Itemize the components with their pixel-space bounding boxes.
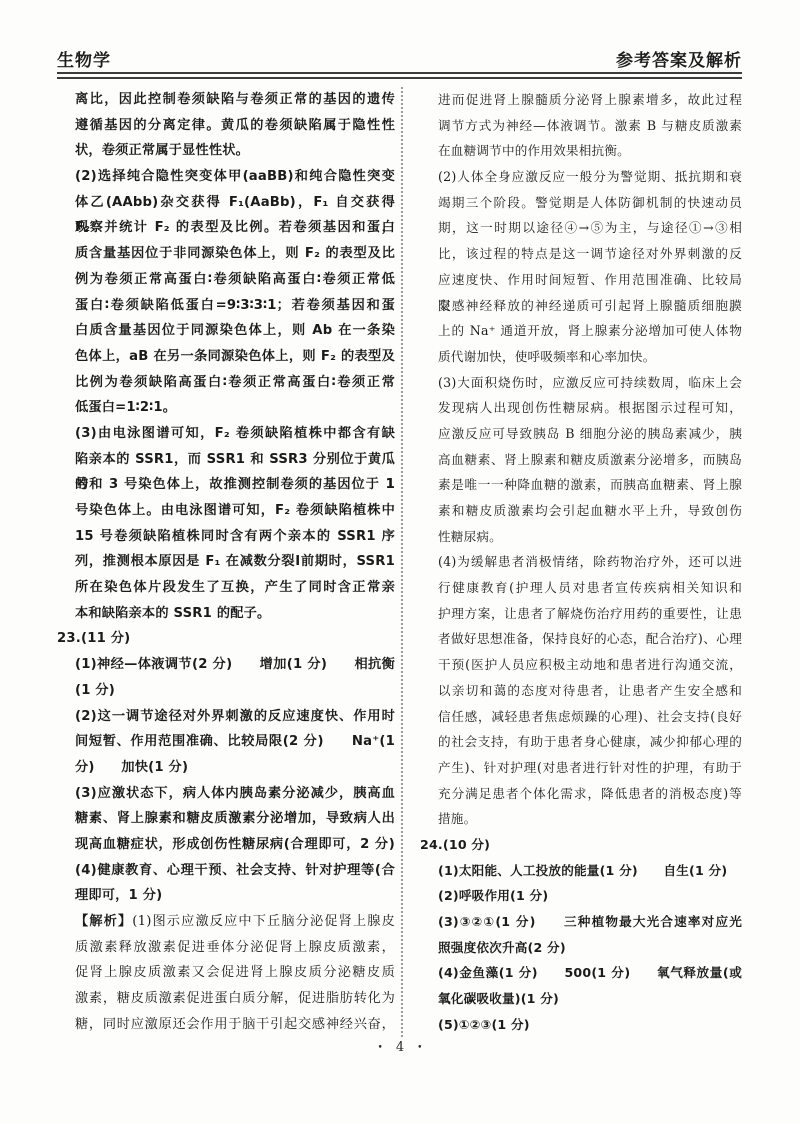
text-line: 糖素、肾上腺素和糖皮质激素分泌增加，导致病人出 bbox=[57, 806, 395, 832]
line-text: 以亲切和蔼的态度对待患者，让患者产生安全感和 bbox=[438, 683, 742, 698]
content-area: 离比，因此控制卷须缺陷与卷须正常的基因的遗传 遵循基因的分离定律。黄瓜的卷须缺陷… bbox=[57, 87, 742, 1037]
left-column: 离比，因此控制卷须缺陷与卷须正常的基因的遗传 遵循基因的分离定律。黄瓜的卷须缺陷… bbox=[57, 87, 395, 1037]
right-column: 进而促进肾上腺髓质分泌肾上腺素增多，故此过程 调节方式为神经—体液调节。激素 B… bbox=[420, 87, 742, 1037]
line-text: 进而促进肾上腺髓质分泌肾上腺素增多，故此过程 bbox=[438, 92, 742, 107]
text-line: 比，该过程的特点是这一调节途径对外界刺激的反 bbox=[420, 241, 742, 267]
line-text: 比，该过程的特点是这一调节途径对外界刺激的反 bbox=[438, 246, 742, 261]
text-line: 性糖尿病。 bbox=[420, 524, 742, 550]
answers-analysis-title: 参考答案及解析 bbox=[616, 46, 742, 71]
text-line: 以亲切和蔼的态度对待患者，让患者产生安全感和 bbox=[420, 678, 742, 704]
text-line: 比例为卷须缺陷高蛋白∶卷须正常高蛋白∶卷须正常 bbox=[57, 370, 395, 396]
text-line: 分) 加快(1 分) bbox=[57, 755, 395, 781]
text-line: 期，这一时期以途径④→⑤为主，与途径①→③相 bbox=[420, 215, 742, 241]
text-line: 应速度快、作用时间短暂、作用范围准确、比较局限。 bbox=[420, 267, 742, 293]
text-line: 激素，糖皮质激素促进蛋白质分解，促进脂肪转化为 bbox=[57, 986, 395, 1012]
text-line: 离比，因此控制卷须缺陷与卷须正常的基因的遗传 bbox=[57, 87, 395, 113]
line-text: 糖，同时应激原还会作用于脑干引起交感神经兴奋， bbox=[75, 1017, 395, 1032]
line-text: 激素，糖皮质激素促进蛋白质分解，促进脂肪转化为 bbox=[75, 991, 395, 1006]
line-text: 遵循基因的分离定律。黄瓜的卷须缺陷属于隐性性 bbox=[75, 118, 395, 133]
text-line: (4)金鱼藻(1 分) 500(1 分) 氧气释放量(或二 bbox=[420, 960, 742, 986]
text-line: (3)大面积烧伤时，应激反应可持续数周，临床上会 bbox=[420, 370, 742, 396]
text-line: 促肾上腺皮质激素又会促进肾上腺皮质分泌糖皮质 bbox=[57, 960, 395, 986]
text-line: 状，卷须正常属于显性性状。 bbox=[57, 138, 395, 164]
line-text: (3)③②①(1 分) 三种植物最大光合速率对应光 bbox=[438, 914, 742, 929]
text-line: 质代谢加快，使呼吸频率和心率加快。 bbox=[420, 344, 742, 370]
line-text: 比例为卷须缺陷高蛋白∶卷须正常高蛋白∶卷须正常 bbox=[75, 375, 395, 390]
line-text: 例为卷须正常高蛋白∶卷须缺陷高蛋白∶卷须正常低 bbox=[75, 272, 395, 287]
page-number: 4 bbox=[396, 1040, 404, 1055]
text-line: 列，推测根本原因是 F₁ 在减数分裂Ⅰ前期时，SSR1 bbox=[57, 549, 395, 575]
text-line: 体乙(AAbb)杂交获得 F₁(AaBb)，F₁ 自交获得 F₂， bbox=[57, 190, 395, 216]
text-line: 所在染色体片段发生了互换，产生了同时含正常亲 bbox=[57, 575, 395, 601]
line-text: 充分满足患者个体化需求，降低患者的消极态度)等 bbox=[438, 786, 742, 801]
text-line: 护理方案，让患者了解烧伤治疗用药的重要性，让患 bbox=[420, 601, 742, 627]
line-text: 15 号卷须缺陷植株同时含有两个亲本的 SSR1 序 bbox=[75, 529, 395, 544]
line-text: 质激素释放激素促进垂体分泌促肾上腺皮质激素， bbox=[75, 940, 395, 955]
line-text: 所在染色体片段发生了互换，产生了同时含正常亲 bbox=[75, 580, 395, 595]
line-text: (3)由电泳图谱可知，F₂ 卷须缺陷植株中都含有缺 bbox=[75, 426, 395, 441]
line-text: (4)健康教育、心理干预、社会支持、针对护理等(合 bbox=[75, 863, 395, 878]
line-text: (5)①②③(1 分) bbox=[438, 1017, 530, 1032]
line-text: 高血糖素、肾上腺素和糖皮质激素分泌增多，而胰岛 bbox=[438, 452, 742, 467]
text-line: 高血糖素、肾上腺素和糖皮质激素分泌增多，而胰岛 bbox=[420, 447, 742, 473]
line-text: 照强度依次升高(2 分) bbox=[438, 940, 566, 955]
text-line: 15 号卷须缺陷植株同时含有两个亲本的 SSR1 序 bbox=[57, 524, 395, 550]
text-line: 24.(10 分) bbox=[420, 832, 742, 858]
text-line: 号染色体上。由电泳图谱可知，F₂ 卷须缺陷植株中 bbox=[57, 498, 395, 524]
line-text: 号和 3 号染色体上，故推测控制卷须的基因位于 1 bbox=[75, 477, 395, 492]
text-line: 质激素释放激素促进垂体分泌促肾上腺皮质激素， bbox=[57, 935, 395, 961]
page-header: 生物学 参考答案及解析 bbox=[57, 46, 742, 71]
line-text: 护理方案，让患者了解烧伤治疗用药的重要性，让患 bbox=[438, 606, 742, 621]
text-line: 上的 Na⁺ 通道开放，肾上腺素分泌增加可使人体物 bbox=[420, 318, 742, 344]
text-line: 质含量基因位于非同源染色体上，则 F₂ 的表型及比 bbox=[57, 241, 395, 267]
line-text: (3)大面积烧伤时，应激反应可持续数周，临床上会 bbox=[438, 375, 742, 390]
text-line: 应激反应可导致胰岛 B 细胞分泌的胰岛素减少，胰 bbox=[420, 421, 742, 447]
line-text: 蛋白∶卷须缺陷低蛋白=9∶3∶3∶1；若卷须基因和蛋 bbox=[75, 298, 395, 313]
text-line: 交感神经释放的神经递质可引起肾上腺髓质细胞膜 bbox=[420, 293, 742, 319]
line-text: 列，推测根本原因是 F₁ 在减数分裂Ⅰ前期时，SSR1 bbox=[75, 554, 395, 569]
column-divider bbox=[401, 87, 403, 1037]
line-text: 间短暂、作用范围准确、比较局限(2 分) Na⁺(1 bbox=[75, 734, 395, 749]
line-text: 离比，因此控制卷须缺陷与卷须正常的基因的遗传 bbox=[75, 92, 395, 107]
text-line: 发现病人出现创伤性糖尿病。根据图示过程可知， bbox=[420, 395, 742, 421]
text-line: 白质含量基因位于同源染色体上，则 Ab 在一条染 bbox=[57, 318, 395, 344]
text-line: 观察并统计 F₂ 的表型及比例。若卷须基因和蛋白 bbox=[57, 215, 395, 241]
text-line: 糖，同时应激原还会作用于脑干引起交感神经兴奋， bbox=[57, 1012, 395, 1038]
text-line: 【解析】(1)图示应激反应中下丘脑分泌促肾上腺皮 bbox=[57, 909, 395, 935]
text-line: 氧化碳吸收量)(1 分) bbox=[420, 986, 742, 1012]
text-line: 色体上，aB 在另一条同源染色体上，则 F₂ 的表型及 bbox=[57, 344, 395, 370]
text-line: 的社会支持，有助于患者身心健康，减少抑郁心理的 bbox=[420, 729, 742, 755]
line-text: 的社会支持，有助于患者身心健康，减少抑郁心理的 bbox=[438, 734, 742, 749]
subject-title: 生物学 bbox=[57, 46, 111, 71]
text-line: 号和 3 号染色体上，故推测控制卷须的基因位于 1 bbox=[57, 472, 395, 498]
line-text: 理即可，1 分) bbox=[75, 888, 162, 903]
line-text: 低蛋白=1∶2∶1。 bbox=[75, 400, 176, 415]
line-text: 干预(医护人员应积极主动地和患者进行沟通交流， bbox=[438, 657, 742, 672]
line-text: 24.(10 分) bbox=[420, 837, 490, 852]
text-line: 例为卷须正常高蛋白∶卷须缺陷高蛋白∶卷须正常低 bbox=[57, 267, 395, 293]
line-text: 质代谢加快，使呼吸频率和心率加快。 bbox=[438, 349, 656, 364]
line-text: (2)呼吸作用(1 分) bbox=[438, 888, 548, 903]
line-text: 应激反应可导致胰岛 B 细胞分泌的胰岛素减少，胰 bbox=[438, 426, 742, 441]
text-line: 间短暂、作用范围准确、比较局限(2 分) Na⁺(1 bbox=[57, 729, 395, 755]
footer-left-dot: • bbox=[378, 1043, 383, 1053]
line-text: 在血糖调节中的作用效果相抗衡。 bbox=[438, 143, 630, 158]
line-text: (1)图示应激反应中下丘脑分泌促肾上腺皮 bbox=[132, 914, 395, 929]
text-line: (1 分) bbox=[57, 678, 395, 704]
answer-key-page: 生物学 参考答案及解析 离比，因此控制卷须缺陷与卷须正常的基因的遗传 遵循基因的… bbox=[0, 0, 800, 1124]
text-line: 充分满足患者个体化需求，降低患者的消极态度)等 bbox=[420, 781, 742, 807]
text-line: 素和糖皮质激素均会引起血糖水平上升，导致创伤 bbox=[420, 498, 742, 524]
line-text: 质含量基因位于非同源染色体上，则 F₂ 的表型及比 bbox=[75, 246, 395, 261]
text-line: 调节方式为神经—体液调节。激素 B 与糖皮质激素 bbox=[420, 113, 742, 139]
footer-right-dot: • bbox=[417, 1043, 422, 1053]
line-text: 素是唯一一种降血糖的激素，而胰高血糖素、肾上腺 bbox=[438, 477, 742, 492]
line-text: 本和缺陷亲本的 SSR1 的配子。 bbox=[75, 606, 270, 621]
line-text: (2)这一调节途径对外界刺激的反应速度快、作用时 bbox=[75, 709, 395, 724]
text-line: 低蛋白=1∶2∶1。 bbox=[57, 395, 395, 421]
line-text: (1)太阳能、人工投放的能量(1 分) 自生(1 分) bbox=[438, 863, 727, 878]
line-text: 交感神经释放的神经递质可引起肾上腺髓质细胞膜 bbox=[438, 298, 742, 313]
text-line: 现高血糖症状，形成创伤性糖尿病(合理即可，2 分) bbox=[57, 832, 395, 858]
text-line: (2)人体全身应激反应一般分为警觉期、抵抗期和衰 bbox=[420, 164, 742, 190]
text-line: 竭期三个阶段。警觉期是人体防御机制的快速动员 bbox=[420, 190, 742, 216]
line-text: 竭期三个阶段。警觉期是人体防御机制的快速动员 bbox=[438, 195, 742, 210]
line-text: (2)选择纯合隐性突变体甲(aaBB)和纯合隐性突变 bbox=[75, 169, 395, 184]
line-text: 调节方式为神经—体液调节。激素 B 与糖皮质激素 bbox=[438, 118, 742, 133]
text-line: 信任感，减轻患者焦虑烦躁的心理)、社会支持(良好 bbox=[420, 704, 742, 730]
text-line: 进而促进肾上腺髓质分泌肾上腺素增多，故此过程 bbox=[420, 87, 742, 113]
text-line: (3)由电泳图谱可知，F₂ 卷须缺陷植株中都含有缺 bbox=[57, 421, 395, 447]
text-line: 照强度依次升高(2 分) bbox=[420, 935, 742, 961]
line-text: 产生)、针对护理(对患者进行针对性的护理，有助于 bbox=[438, 760, 742, 775]
text-line: 23.(11 分) bbox=[57, 626, 395, 652]
line-text: (2)人体全身应激反应一般分为警觉期、抵抗期和衰 bbox=[438, 169, 742, 184]
line-text: 者做好思想准备，保持良好的心态，配合治疗)、心理 bbox=[438, 631, 742, 646]
text-line: 者做好思想准备，保持良好的心态，配合治疗)、心理 bbox=[420, 626, 742, 652]
text-line: 本和缺陷亲本的 SSR1 的配子。 bbox=[57, 601, 395, 627]
text-line: 干预(医护人员应积极主动地和患者进行沟通交流， bbox=[420, 652, 742, 678]
line-text: (1)神经—体液调节(2 分) 增加(1 分) 相抗衡 bbox=[75, 657, 395, 672]
line-text: 号染色体上。由电泳图谱可知，F₂ 卷须缺陷植株中 bbox=[75, 503, 395, 518]
text-line: 理即可，1 分) bbox=[57, 883, 395, 909]
line-text: 信任感，减轻患者焦虑烦躁的心理)、社会支持(良好 bbox=[438, 709, 742, 724]
text-line: 素是唯一一种降血糖的激素，而胰高血糖素、肾上腺 bbox=[420, 472, 742, 498]
text-line: (5)①②③(1 分) bbox=[420, 1012, 742, 1038]
line-text: 糖素、肾上腺素和糖皮质激素分泌增加，导致病人出 bbox=[75, 811, 395, 826]
line-text: 措施。 bbox=[438, 811, 476, 826]
line-text: 素和糖皮质激素均会引起血糖水平上升，导致创伤 bbox=[438, 503, 742, 518]
text-line: 措施。 bbox=[420, 806, 742, 832]
line-text: (1 分) bbox=[75, 683, 115, 698]
text-line: (2)这一调节途径对外界刺激的反应速度快、作用时 bbox=[57, 704, 395, 730]
text-line: 在血糖调节中的作用效果相抗衡。 bbox=[420, 138, 742, 164]
text-line: (4)为缓解患者消极情绪，除药物治疗外，还可以进 bbox=[420, 549, 742, 575]
line-text: 行健康教育(护理人员对患者宣传疾病相关知识和 bbox=[438, 580, 742, 595]
line-text: 氧化碳吸收量)(1 分) bbox=[438, 991, 559, 1006]
line-text: 分) 加快(1 分) bbox=[75, 760, 188, 775]
line-text: 期，这一时期以途径④→⑤为主，与途径①→③相 bbox=[438, 220, 742, 235]
text-line: (1)神经—体液调节(2 分) 增加(1 分) 相抗衡 bbox=[57, 652, 395, 678]
text-line: 陷亲本的 SSR1，而 SSR1 和 SSR3 分别位于黄瓜的 1 bbox=[57, 447, 395, 473]
text-line: 行健康教育(护理人员对患者宣传疾病相关知识和 bbox=[420, 575, 742, 601]
line-text: 色体上，aB 在另一条同源染色体上，则 F₂ 的表型及 bbox=[75, 349, 395, 364]
text-line: (2)呼吸作用(1 分) bbox=[420, 883, 742, 909]
line-text: 现高血糖症状，形成创伤性糖尿病(合理即可，2 分) bbox=[75, 837, 395, 852]
line-text: 发现病人出现创伤性糖尿病。根据图示过程可知， bbox=[438, 400, 742, 415]
text-line: (3)③②①(1 分) 三种植物最大光合速率对应光 bbox=[420, 909, 742, 935]
line-text: 状，卷须正常属于显性性状。 bbox=[75, 143, 249, 158]
text-line: (4)健康教育、心理干预、社会支持、针对护理等(合 bbox=[57, 858, 395, 884]
text-line: (3)应激状态下，病人体内胰岛素分泌减少，胰高血 bbox=[57, 781, 395, 807]
page-footer: • 4 • bbox=[0, 1040, 800, 1055]
line-text: 23.(11 分) bbox=[57, 631, 130, 646]
text-line: 产生)、针对护理(对患者进行针对性的护理，有助于 bbox=[420, 755, 742, 781]
text-line: (2)选择纯合隐性突变体甲(aaBB)和纯合隐性突变 bbox=[57, 164, 395, 190]
line-text: (4)为缓解患者消极情绪，除药物治疗外，还可以进 bbox=[438, 554, 742, 569]
line-text: 性糖尿病。 bbox=[438, 529, 502, 544]
text-line: 遵循基因的分离定律。黄瓜的卷须缺陷属于隐性性 bbox=[57, 113, 395, 139]
text-line: 蛋白∶卷须缺陷低蛋白=9∶3∶3∶1；若卷须基因和蛋 bbox=[57, 293, 395, 319]
line-text: 促肾上腺皮质激素又会促进肾上腺皮质分泌糖皮质 bbox=[75, 965, 395, 980]
line-text: (3)应激状态下，病人体内胰岛素分泌减少，胰高血 bbox=[75, 786, 395, 801]
line-text: 白质含量基因位于同源染色体上，则 Ab 在一条染 bbox=[75, 323, 395, 338]
text-line: (1)太阳能、人工投放的能量(1 分) 自生(1 分) bbox=[420, 858, 742, 884]
analysis-label: 【解析】 bbox=[75, 914, 132, 929]
line-text: 上的 Na⁺ 通道开放，肾上腺素分泌增加可使人体物 bbox=[438, 323, 742, 338]
header-rule bbox=[57, 72, 742, 79]
line-text: 观察并统计 F₂ 的表型及比例。若卷须基因和蛋白 bbox=[75, 220, 395, 235]
